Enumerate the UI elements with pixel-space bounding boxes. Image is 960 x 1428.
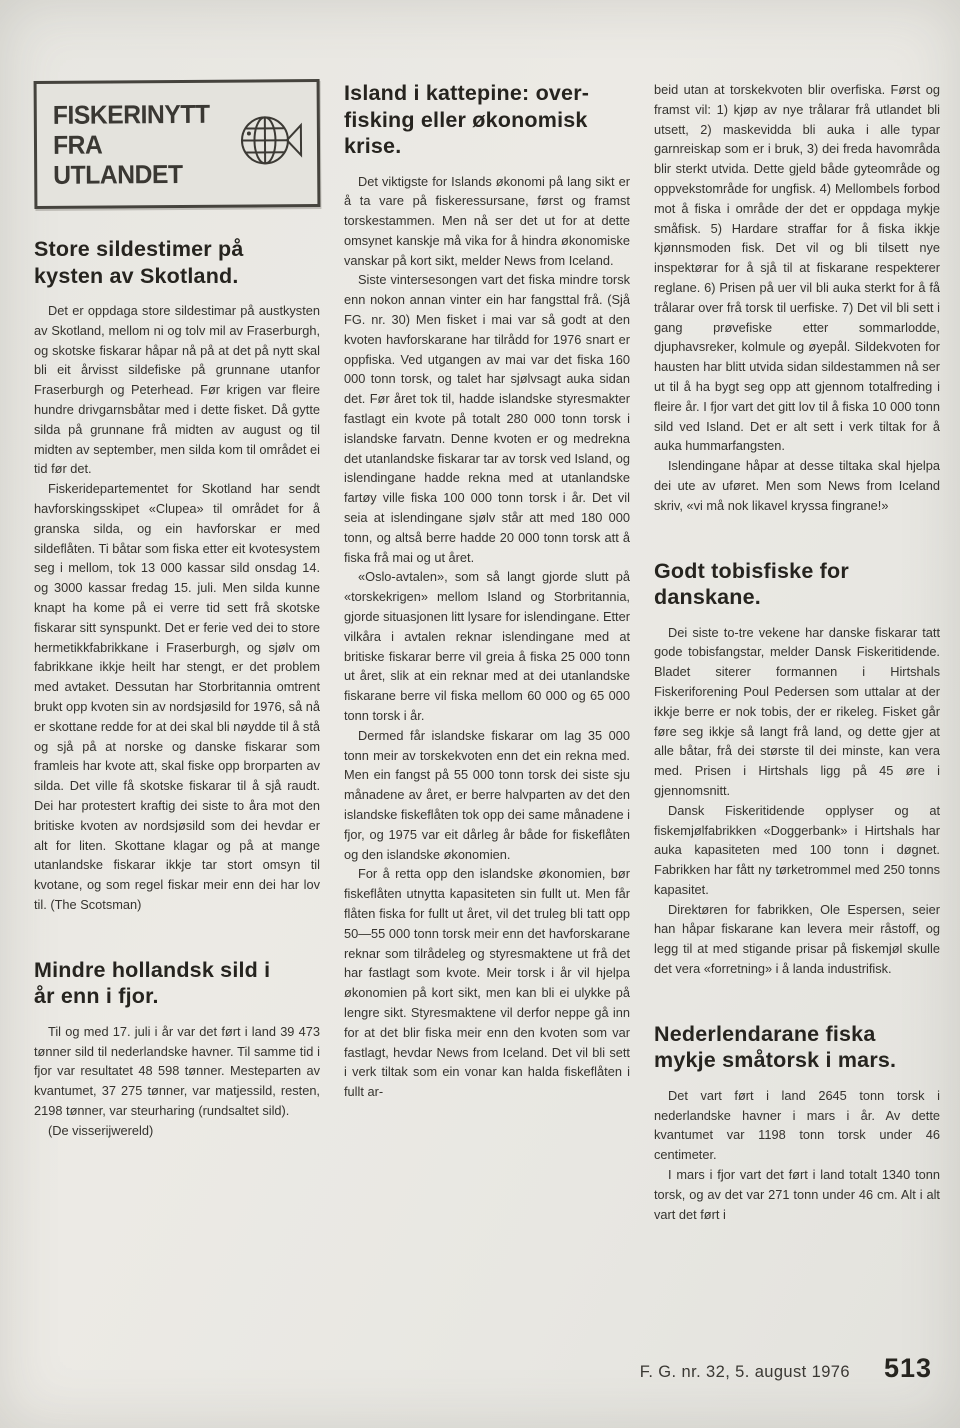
article-paragraph: For å retta opp den islandske økonomien,… xyxy=(344,864,630,1102)
column-left: FISKERINYTT FRA UTLANDET Store sildestim… xyxy=(34,80,320,1224)
article-paragraph: Siste vintersesongen vart det fiska mind… xyxy=(344,270,630,567)
article-paragraph: Islendingane håpar at desse tiltaka skal… xyxy=(654,456,940,515)
article-paragraph: Direktøren for fabrikken, Ole Espersen, … xyxy=(654,900,940,979)
article-paragraph: Dansk Fiskeritidende opplyser og at fisk… xyxy=(654,801,940,900)
article-source-credit: (De visserijwereld) xyxy=(34,1121,320,1141)
article-heading-dutch-cod: Nederlendarane fiska mykje småtorsk i ma… xyxy=(654,1021,940,1074)
content-columns: FISKERINYTT FRA UTLANDET Store sildestim… xyxy=(0,0,960,1224)
article-paragraph: Dei siste to-tre vekene har danske fiska… xyxy=(654,623,940,801)
article-heading-iceland: Island i kattepine: over- fisking eller … xyxy=(344,80,630,160)
article-heading-scotland-herring: Store sildestimer på kysten av Skotland. xyxy=(34,236,320,289)
article-heading-danish-sandeel: Godt tobisfiske for danskane. xyxy=(654,558,940,611)
column-middle: Island i kattepine: over- fisking eller … xyxy=(344,80,630,1224)
page-footer: F. G. nr. 32, 5. august 1976 513 xyxy=(640,1353,932,1384)
article-paragraph: Til og med 17. juli i år var det ført i … xyxy=(34,1022,320,1121)
globe-fish-icon xyxy=(235,110,309,176)
journal-issue-line: F. G. nr. 32, 5. august 1976 xyxy=(640,1363,850,1382)
article-heading-dutch-herring: Mindre hollandsk sild i år enn i fjor. xyxy=(34,957,320,1010)
magazine-page: FISKERINYTT FRA UTLANDET Store sildestim… xyxy=(0,0,960,1428)
column-right: beid utan at torskekvoten blir overfiska… xyxy=(654,80,940,1224)
article-paragraph: Dermed får islandske fiskarar om lag 35 … xyxy=(344,726,630,865)
page-number: 513 xyxy=(884,1353,932,1384)
masthead-title: FISKERINYTT FRA UTLANDET xyxy=(53,99,221,190)
article-paragraph: I mars i fjor vart det ført i land total… xyxy=(654,1165,940,1224)
masthead-box: FISKERINYTT FRA UTLANDET xyxy=(34,79,321,209)
article-paragraph: «Oslo-avtalen», som så langt gjorde slut… xyxy=(344,567,630,725)
article-paragraph: Det viktigste for Islands økonomi på lan… xyxy=(344,172,630,271)
article-paragraph: Fiskeridepartementet for Skotland har se… xyxy=(34,479,320,915)
article-paragraph: Det vart ført i land 2645 tonn torsk i n… xyxy=(654,1086,940,1165)
article-paragraph: Det er oppdaga store sildestimar på aust… xyxy=(34,301,320,479)
article-paragraph-continuation: beid utan at torskekvoten blir overfiska… xyxy=(654,80,940,456)
